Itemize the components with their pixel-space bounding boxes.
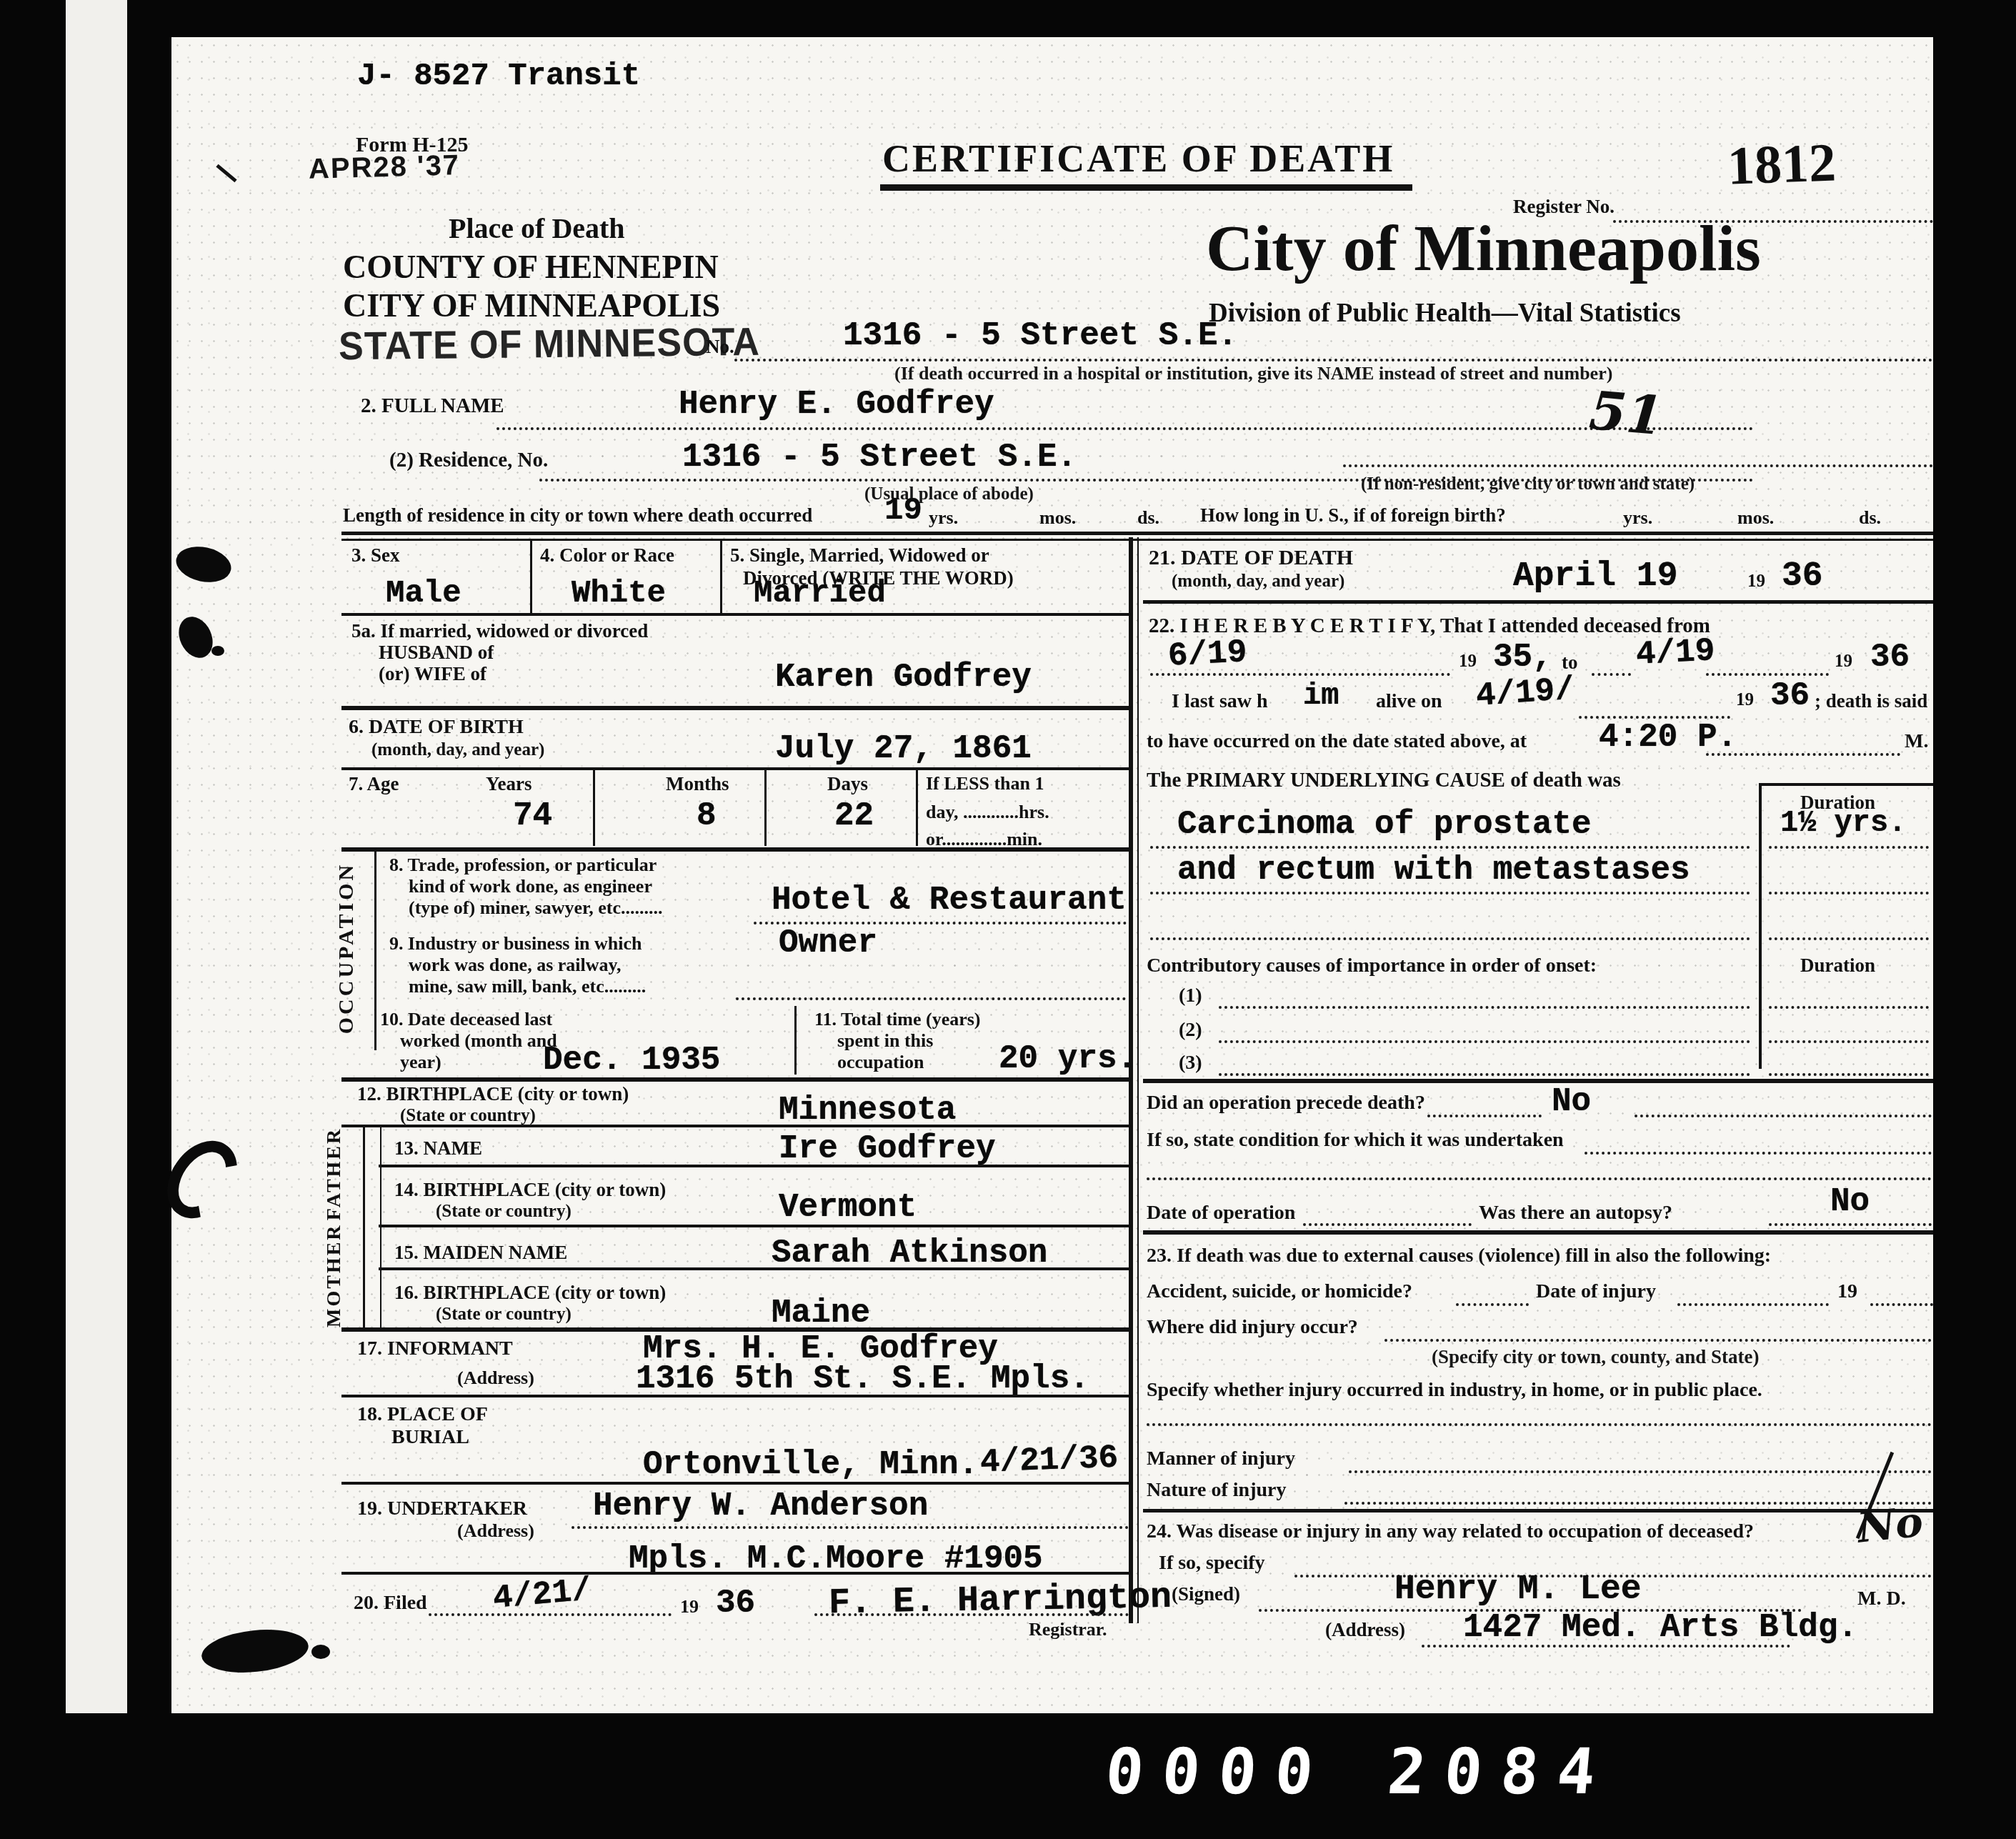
signed-label: (Signed) (1172, 1583, 1240, 1605)
occurred-label: to have occurred on the date stated abov… (1147, 730, 1527, 752)
less-than-1-line2: day, ............hrs. (926, 802, 1049, 822)
injury-section-bottom (1143, 1509, 1933, 1512)
lastsaw-text-2: alive on (1376, 690, 1442, 712)
age-months-header: Months (666, 773, 729, 794)
cause-line-1: Carcinoma of prostate (1177, 806, 1592, 843)
registrar-label: Registrar. (1029, 1619, 1107, 1640)
mother-birthplace-value: Maine (772, 1295, 870, 1332)
filed-label: 20. Filed (354, 1592, 427, 1614)
sex-value: Male (386, 576, 461, 612)
street-line (734, 359, 1933, 362)
death-date-value: April 19 (1513, 557, 1677, 596)
center-divider-inner (1137, 537, 1139, 1623)
informant-address: 1316 5th St. S.E. Mpls. (636, 1360, 1089, 1397)
row1011-bottom (341, 1077, 1129, 1082)
marital-value: Married (754, 576, 886, 612)
race-label: 4. Color or Race (540, 544, 674, 566)
lastsaw-text-3: ; death is said (1815, 690, 1927, 712)
row18-bottom (341, 1482, 1129, 1485)
less-than-1-line1: If LESS than 1 (926, 773, 1044, 794)
contributory-label: Contributory causes of importance in ord… (1147, 955, 1597, 977)
death-time-m: M. (1905, 730, 1928, 752)
contributory-2: (2) (1179, 1019, 1202, 1041)
autopsy-rule (1769, 1223, 1932, 1226)
age-years-value: 74 (513, 797, 552, 834)
contributory-3-rule (1219, 1073, 1750, 1076)
mother-name-value: Sarah Atkinson (772, 1235, 1047, 1272)
title-underline (880, 184, 1412, 191)
filed-line-2 (814, 1613, 1129, 1616)
film-frame-counter: 0000 2084 (1102, 1735, 1617, 1808)
occupation-bracket (374, 852, 376, 1050)
filed-line-1 (429, 1613, 672, 1616)
autopsy-answer: No (1830, 1183, 1870, 1220)
duration-box-top (1759, 783, 1933, 786)
accident-rule (1456, 1303, 1529, 1306)
lastworked-label-3: year) (400, 1052, 441, 1072)
residence-value: 1316 - 5 Street S.E. (682, 439, 1077, 476)
row19-bottom (341, 1572, 1129, 1575)
operation-blank-rule (1147, 1177, 1932, 1180)
contributory-bottom (1143, 1079, 1933, 1083)
to-word: to (1562, 652, 1578, 673)
margin-note-51: 51 (1587, 380, 1665, 448)
certificate-title: CERTIFICATE OF DEATH (882, 137, 1394, 180)
trade-label-2: kind of work done, as engineer (409, 876, 652, 897)
place-of-death-label: Place of Death (449, 213, 625, 245)
death-year-prefix: 19 (1747, 572, 1765, 592)
us-yrs-label: yrs. (1623, 507, 1652, 528)
operation-answer: No (1552, 1083, 1591, 1120)
operation-date-rule (1303, 1223, 1472, 1226)
scanned-death-certificate: J- 8527 Transit Form H-125 APR28 '37 CER… (0, 0, 2016, 1839)
q24-answer: No (1855, 1497, 1925, 1552)
spouse-label-3: (or) WIFE of (379, 663, 486, 684)
row7-bottom (341, 847, 1129, 852)
ink-dot (211, 646, 224, 656)
death-date-label: 21. DATE OF DEATH (1149, 546, 1353, 570)
lastsaw-date: 4/19/ (1474, 671, 1575, 715)
county-line: COUNTY OF HENNEPIN (343, 249, 719, 286)
father-birthplace-value: Vermont (779, 1189, 917, 1226)
length-of-residence-value: 19 (884, 493, 922, 529)
nature-of-injury-rule (1344, 1502, 1932, 1505)
physician-address: 1427 Med. Arts Bldg. (1463, 1609, 1857, 1646)
death-date-sublabel: (month, day, and year) (1172, 572, 1344, 592)
length-yrs-label: yrs. (929, 507, 958, 528)
length-ds-label: ds. (1137, 507, 1159, 528)
where-injury-rule (1384, 1339, 1932, 1342)
race-value: White (572, 576, 666, 612)
specify-injury-label: Specify whether injury occurred in indus… (1147, 1379, 1762, 1401)
contributory-1-duration-rule (1769, 1006, 1929, 1009)
death-time-value: 4:20 P. (1599, 719, 1737, 756)
totaltime-label-2: spent in this (837, 1030, 933, 1051)
operation-date-label: Date of operation (1147, 1202, 1295, 1224)
row21-bottom (1143, 600, 1933, 604)
accident-question: Accident, suicide, or homicide? (1147, 1280, 1412, 1302)
contributory-3-duration-rule (1769, 1073, 1929, 1076)
manner-of-injury-label: Manner of injury (1147, 1447, 1295, 1470)
street-value: 1316 - 5 Street S.E. (843, 317, 1237, 354)
birthplace-sublabel: (State or country) (400, 1106, 536, 1126)
age-div-3 (916, 770, 918, 846)
attended-to-value: 4/19 (1635, 632, 1716, 674)
registrar-signature: F. E. Harrington (829, 1578, 1172, 1624)
sex-race-divider (530, 540, 532, 613)
cause-line-2: and rectum with metastases (1177, 852, 1690, 889)
spouse-label-2: HUSBAND of (379, 642, 494, 663)
lastsaw-year: 36 (1770, 677, 1810, 714)
mother-name-label: 15. MAIDEN NAME (394, 1242, 567, 1263)
row13-bottom (379, 1165, 1129, 1167)
physician-signature: Henry M. Lee (1394, 1570, 1642, 1609)
trade-label-1: 8. Trade, profession, or particular (389, 854, 657, 875)
marital-label-1: 5. Single, Married, Widowed or (730, 544, 989, 566)
seal-dot (311, 1645, 330, 1659)
center-divider (1129, 537, 1133, 1623)
cause-line-3-rule (1150, 937, 1750, 940)
contributory-3: (3) (1179, 1052, 1202, 1074)
from-year-prefix: 19 (1459, 652, 1477, 672)
to-year-prefix: 19 (1835, 652, 1852, 672)
length-of-residence-label: Length of residence in city or town wher… (343, 504, 812, 526)
lastsaw-him: im (1303, 679, 1339, 713)
lastsaw-year-prefix: 19 (1736, 690, 1754, 710)
length-mos-label: mos. (1039, 507, 1076, 528)
contributory-2-rule (1219, 1040, 1750, 1043)
lastworked-value: Dec. 1935 (543, 1042, 720, 1079)
to-line-2 (1706, 673, 1829, 676)
spouse-label-1: 5a. If married, widowed or divorced (351, 620, 648, 642)
injury-year-prefix: 19 (1837, 1280, 1857, 1302)
where-injury-question: Where did injury occur? (1147, 1316, 1358, 1338)
attended-from-line (1150, 673, 1450, 676)
to-year-value: 36 (1870, 639, 1910, 676)
us-length-label: How long in U. S., if of foreign birth? (1200, 504, 1506, 526)
age-days-value: 22 (834, 797, 874, 834)
fullname-value: Henry E. Godfrey (679, 386, 994, 423)
death-time-line (1706, 753, 1900, 756)
duration-rule-2 (1769, 892, 1929, 894)
age-years-header: Years (486, 773, 532, 794)
father-birthplace-sublabel: (State or country) (436, 1202, 572, 1222)
q23-label: 23. If death was due to external causes … (1147, 1245, 1771, 1267)
undertaker-name-line (572, 1526, 1129, 1529)
received-date-stamp: APR28 '37 (308, 149, 460, 186)
lastworked-label-1: 10. Date deceased last (380, 1009, 552, 1030)
totaltime-label-3: occupation (837, 1052, 924, 1072)
operation-condition-rule (1585, 1152, 1932, 1155)
lastsaw-text-1: I last saw h (1172, 690, 1268, 712)
age-div-1 (593, 770, 595, 846)
ifso-specify-label: If so, specify (1159, 1552, 1265, 1574)
autopsy-bottom (1143, 1230, 1933, 1235)
rule-top-1 (341, 532, 1933, 535)
primary-cause-label: The PRIMARY UNDERLYING CAUSE of death wa… (1147, 769, 1621, 792)
physician-address-label: (Address) (1325, 1619, 1405, 1640)
injury-year-rule (1870, 1303, 1933, 1306)
race-marital-divider (720, 540, 722, 613)
contributory-2-duration-rule (1769, 1040, 1929, 1043)
undertaker-label: 19. UNDERTAKER (357, 1497, 527, 1520)
cause-line-1-rule (1150, 846, 1750, 849)
filed-year-prefix: 19 (680, 1596, 699, 1617)
burial-label-2: BURIAL (391, 1426, 469, 1448)
fullname-label: 2. FULL NAME (361, 394, 504, 417)
transit-annotation: J- 8527 Transit (357, 59, 640, 94)
less-than-1-line3: or..............min. (926, 829, 1042, 849)
age-days-header: Days (827, 773, 868, 794)
undertaker-name: Henry W. Anderson (593, 1487, 928, 1525)
fullname-line (496, 427, 1754, 430)
dob-sublabel: (month, day, and year) (371, 740, 544, 760)
physician-address-rule (1422, 1645, 1790, 1648)
row15-bottom (379, 1267, 1129, 1270)
duration-value-rule (1769, 846, 1929, 849)
industry-line (736, 997, 1126, 1000)
father-name-value: Ire Godfrey (779, 1130, 996, 1167)
duration2-header: Duration (1800, 955, 1875, 976)
specify-injury-rule (1147, 1423, 1932, 1426)
totaltime-label-1: 11. Total time (years) (814, 1009, 981, 1030)
filed-year: 36 (716, 1585, 755, 1622)
father-side-label: FATHER (323, 1125, 345, 1223)
industry-label-1: 9. Industry or business in which (389, 933, 642, 954)
birthplace-label: 12. BIRTHPLACE (city or town) (357, 1083, 629, 1105)
street-caption: (If death occurred in a hospital or inst… (894, 363, 1612, 384)
birthplace-value: Minnesota (779, 1092, 956, 1129)
row1011-divider (794, 1006, 797, 1075)
row6-bottom (341, 767, 1129, 770)
father-birthplace-label: 14. BIRTHPLACE (city or town) (394, 1179, 666, 1200)
attended-from-value: 6/19 (1167, 634, 1248, 675)
lastworked-label-2: worked (month and (400, 1030, 557, 1051)
injury-date-rule (1677, 1303, 1829, 1306)
dob-value: July 27, 1861 (775, 730, 1032, 767)
org-subtitle: Division of Public Health—Vital Statisti… (1209, 299, 1681, 328)
us-ds-label: ds. (1859, 507, 1881, 528)
age-months-value: 8 (697, 797, 717, 834)
operation-rule-2 (1635, 1115, 1932, 1117)
father-name-label: 13. NAME (394, 1137, 482, 1159)
burial-label-1: 18. PLACE OF (357, 1403, 488, 1425)
totaltime-value: 20 yrs. (999, 1040, 1137, 1077)
row12-bottom (341, 1125, 1129, 1127)
street-no-label: No. (706, 336, 734, 357)
age-label: 7. Age (349, 773, 399, 794)
mother-birthplace-sublabel: (State or country) (436, 1305, 572, 1325)
scan-white-strip (66, 0, 127, 1713)
state-stamp: STATE OF MINNESOTA (339, 319, 761, 369)
row345-bottom (341, 613, 1129, 616)
burial-date: 4/21/36 (979, 1440, 1119, 1482)
where-injury-caption: (Specify city or town, county, and State… (1432, 1346, 1760, 1368)
contributory-1-rule (1219, 1006, 1750, 1009)
org-title: City of Minneapolis (1206, 211, 1761, 285)
operation-condition-label: If so, state condition for which it was … (1147, 1129, 1564, 1151)
sex-label: 3. Sex (351, 544, 400, 566)
industry-label-2: work was done, as railway, (409, 955, 622, 975)
row14-bottom (379, 1225, 1129, 1227)
nonresident-caption: (If non-resident, give city or town and … (1361, 474, 1695, 494)
operation-rule-1 (1427, 1115, 1542, 1117)
trade-value: Hotel & Restaurant (772, 882, 1127, 919)
autopsy-question: Was there an autopsy? (1479, 1202, 1672, 1224)
industry-value: Owner (779, 925, 877, 962)
undertaker-address-label: (Address) (457, 1520, 534, 1541)
cause-line-2-rule (1150, 892, 1750, 894)
spouse-value: Karen Godfrey (775, 659, 1032, 696)
mother-side-label: MOTHER (323, 1225, 345, 1327)
contributory-1: (1) (1179, 985, 1202, 1007)
residence-label: (2) Residence, No. (389, 449, 548, 472)
register-no-value: 1812 (1727, 132, 1837, 196)
q24-label: 24. Was disease or injury in any way rel… (1147, 1520, 1754, 1543)
industry-label-3: mine, saw mill, bank, etc......... (409, 976, 646, 997)
row17-bottom (341, 1395, 1129, 1397)
manner-of-injury-rule (1349, 1470, 1932, 1473)
informant-address-label: (Address) (457, 1367, 534, 1388)
md-label: M. D. (1857, 1588, 1906, 1610)
burial-place: Ortonville, Minn. (643, 1446, 978, 1483)
nature-of-injury-label: Nature of injury (1147, 1479, 1286, 1501)
duration-rule-3 (1769, 937, 1929, 940)
informant-label: 17. INFORMANT (357, 1337, 513, 1360)
injury-date-label: Date of injury (1536, 1280, 1656, 1302)
age-div-2 (764, 770, 767, 846)
dob-label: 6. DATE OF BIRTH (349, 716, 524, 738)
occupation-side-label: OCCUPATION (334, 846, 359, 1050)
trade-label-3: (type of) miner, sawyer, etc......... (409, 897, 663, 918)
operation-question: Did an operation precede death? (1147, 1092, 1425, 1114)
row5a-bottom (341, 706, 1129, 710)
mother-birthplace-label: 16. BIRTHPLACE (city or town) (394, 1282, 666, 1303)
to-line-1 (1592, 673, 1631, 676)
parents-bracket-outer (363, 1126, 365, 1327)
city-line: CITY OF MINNEAPOLIS (343, 287, 720, 324)
from-year-value: 35, (1493, 639, 1552, 676)
us-mos-label: mos. (1737, 507, 1774, 528)
duration-value: 1½ yrs. (1780, 806, 1906, 840)
death-year-value: 36 (1782, 557, 1823, 596)
duration-box-left (1759, 783, 1762, 1069)
nonresident-line (1343, 464, 1933, 467)
